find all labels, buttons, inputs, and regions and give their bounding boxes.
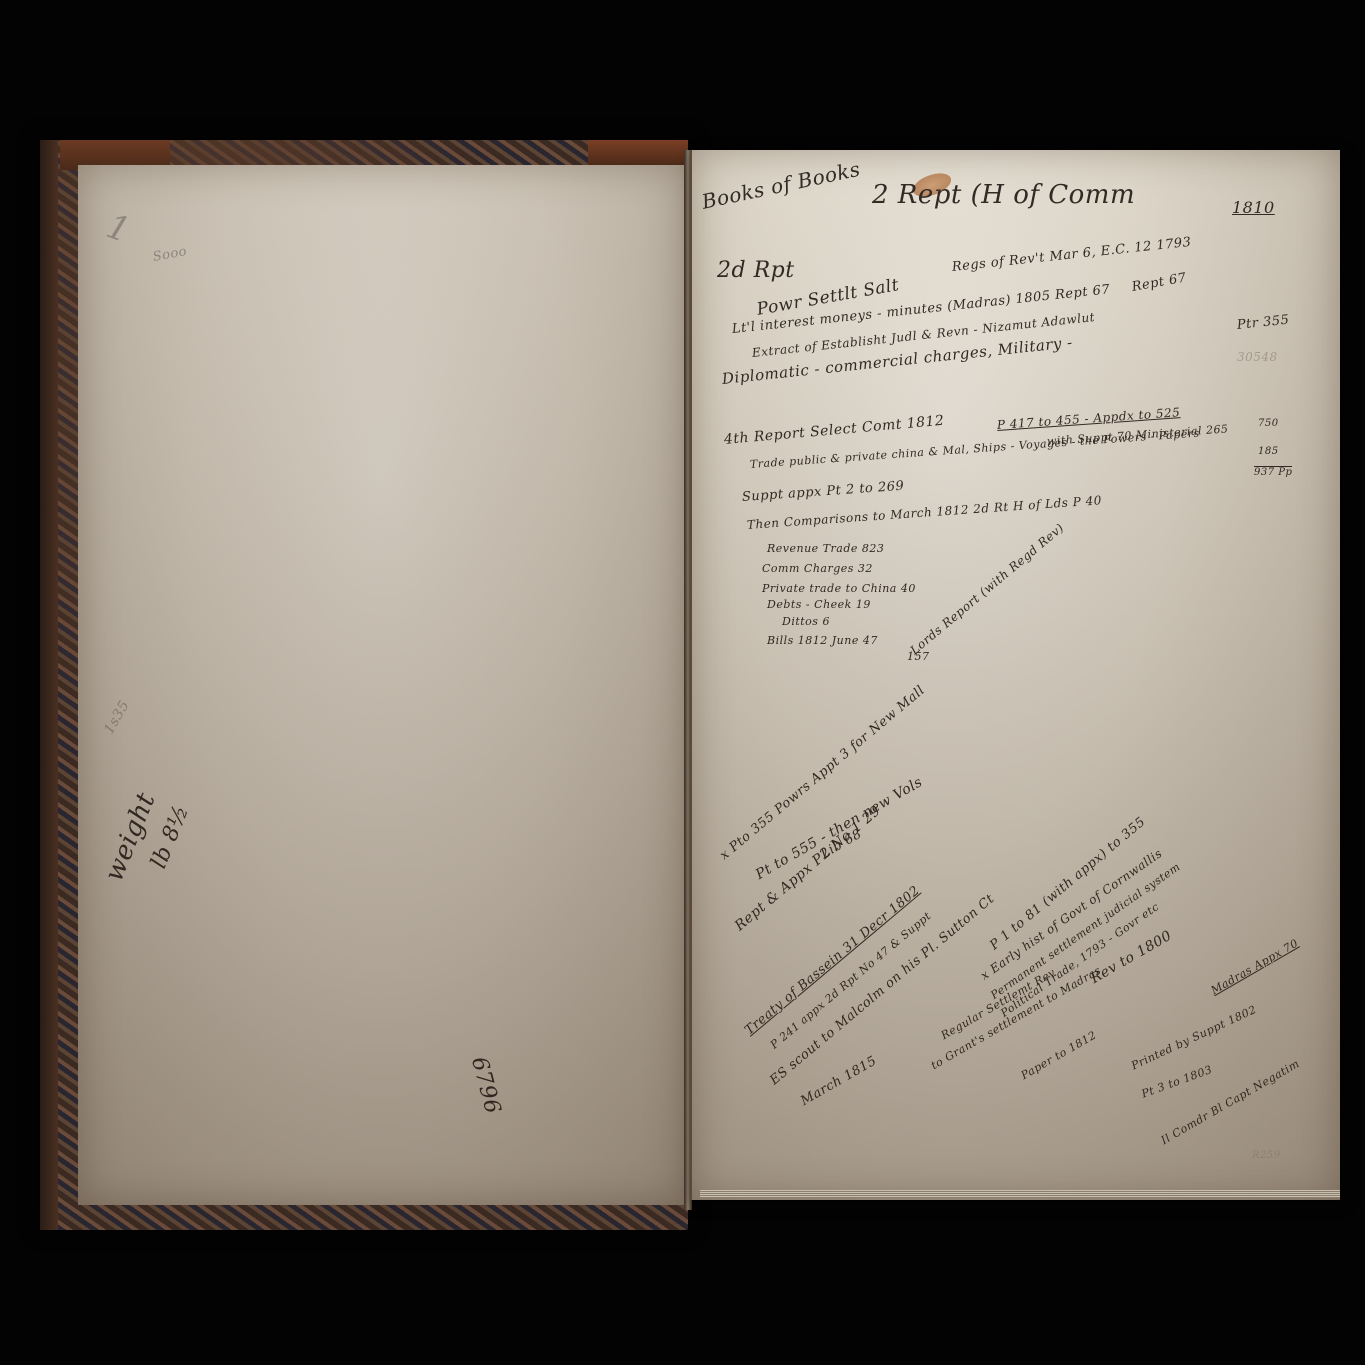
diagonal-note: Lords Report (with Regd Rev) — [908, 521, 1067, 658]
header-left: Books of Books — [700, 157, 863, 214]
note-line: Lt'l interest moneys - minutes (Madras) … — [731, 282, 1111, 337]
list-item: Revenue Trade 823 — [767, 542, 884, 555]
diagonal-note: ES scout to Malcolm on his Pl. Sutton Ct — [767, 891, 997, 1088]
note-line: Powr Settlt Salt — [755, 275, 900, 320]
diagonal-note: Lib 68 — [818, 827, 864, 862]
book-photo: 1 Sooo weight lb 8½ 6796 1s35 Books of B… — [0, 0, 1365, 1365]
pencil-number: 30548 — [1237, 350, 1278, 364]
ink-note-weight-value: lb 8½ — [146, 802, 194, 873]
leather-corner-right — [588, 140, 688, 165]
list-total: 157 — [907, 650, 930, 663]
list-item: Comm Charges 32 — [762, 562, 873, 575]
diagonal-note: Printed by Suppt 1802 — [1129, 1003, 1258, 1073]
note-line: with Suppt 70 Ministerial 265 — [1047, 422, 1229, 448]
note-line: Trade public & private china & Mal, Ship… — [750, 427, 1201, 471]
diagonal-note: Permanent settlement judicial system — [988, 860, 1183, 1002]
diagonal-note: Rev to 1800 — [1088, 928, 1175, 987]
note-line: P 417 to 455 - Appdx to 525 — [997, 405, 1181, 432]
cover-spine-edge — [40, 140, 58, 1230]
diagonal-note: Il Comdr Bl Capt Negatim — [1159, 1057, 1302, 1147]
note-line: 2d Rpt — [717, 258, 795, 283]
diagonal-note: P 241 appx 2d Rpt No 47 & Suppt — [768, 909, 934, 1051]
pencil-number: R259 — [1252, 1150, 1281, 1161]
note-line: Diplomatic - commercial charges, Militar… — [721, 333, 1073, 388]
header-year: 1810 — [1232, 198, 1275, 217]
diagonal-note: Treaty of Bassein 31 Decr 1802 — [742, 883, 923, 1038]
pencil-note: 1 — [101, 206, 135, 251]
diagonal-note: Pt 3 to 1803 — [1140, 1063, 1214, 1101]
diagonal-note: Paper to 1812 — [1019, 1028, 1099, 1082]
diagonal-note: Political Trade, 1793 - Govr etc — [998, 900, 1161, 1020]
diagonal-note: to Grant's settlement to Madras — [929, 964, 1104, 1072]
note-line: Rept 67 — [1131, 271, 1188, 295]
ink-stain — [910, 169, 954, 201]
list-item: Bills 1812 June 47 — [767, 634, 878, 647]
list-item: Debts - Cheek 19 — [767, 598, 871, 611]
note-line: Then Comparisons to March 1812 2d Rt H o… — [747, 493, 1103, 532]
ink-note-weight: weight — [99, 788, 162, 885]
diagonal-note: x Pto 355 Powrs Appt 3 for New Mall — [717, 683, 928, 863]
diagonal-note: P 1 to 81 (with appx) to 355 — [987, 814, 1148, 953]
list-item: Private trade to China 40 — [762, 582, 916, 595]
left-pastedown-page: 1 Sooo weight lb 8½ 6796 1s35 — [78, 165, 686, 1205]
note-sum: 185 — [1258, 446, 1279, 457]
diagonal-note: Pt to 555 - then new Vols — [753, 774, 925, 883]
diagonal-note: Madras Appx 70 — [1209, 937, 1301, 998]
note-sum: 750 — [1258, 418, 1279, 429]
list-item: Dittos 6 — [782, 615, 830, 628]
pencil-note: 1s35 — [101, 698, 133, 737]
diagonal-note: Rept & Appx P2 No 1 29 — [732, 803, 884, 934]
right-flyleaf-page: Books of Books 2 Rept (H of Comm 1810 2d… — [690, 150, 1340, 1200]
page-edges — [700, 1190, 1340, 1198]
note-line: Regs of Rev't Mar 6, E.C. 12 1793 — [951, 235, 1192, 275]
ink-note-number: 6796 — [466, 1054, 505, 1116]
diagonal-note: Regular Settlemt Rev — [939, 966, 1058, 1042]
pencil-note: Sooo — [152, 244, 188, 265]
header-center: 2 Rept (H of Comm — [872, 180, 1135, 210]
note-line: Ptr 355 — [1236, 313, 1290, 333]
diagonal-note: x Early hist of Govt of Cornwallis — [978, 846, 1165, 983]
note-line: Suppt appx Pt 2 to 269 — [741, 479, 904, 505]
note-sum-total: 937 Pp — [1254, 466, 1292, 478]
note-line: Extract of Establisht Judl & Revn - Niza… — [751, 310, 1095, 360]
diagonal-note: March 1815 — [798, 1053, 879, 1109]
note-line: 4th Report Select Comt 1812 — [723, 413, 945, 448]
